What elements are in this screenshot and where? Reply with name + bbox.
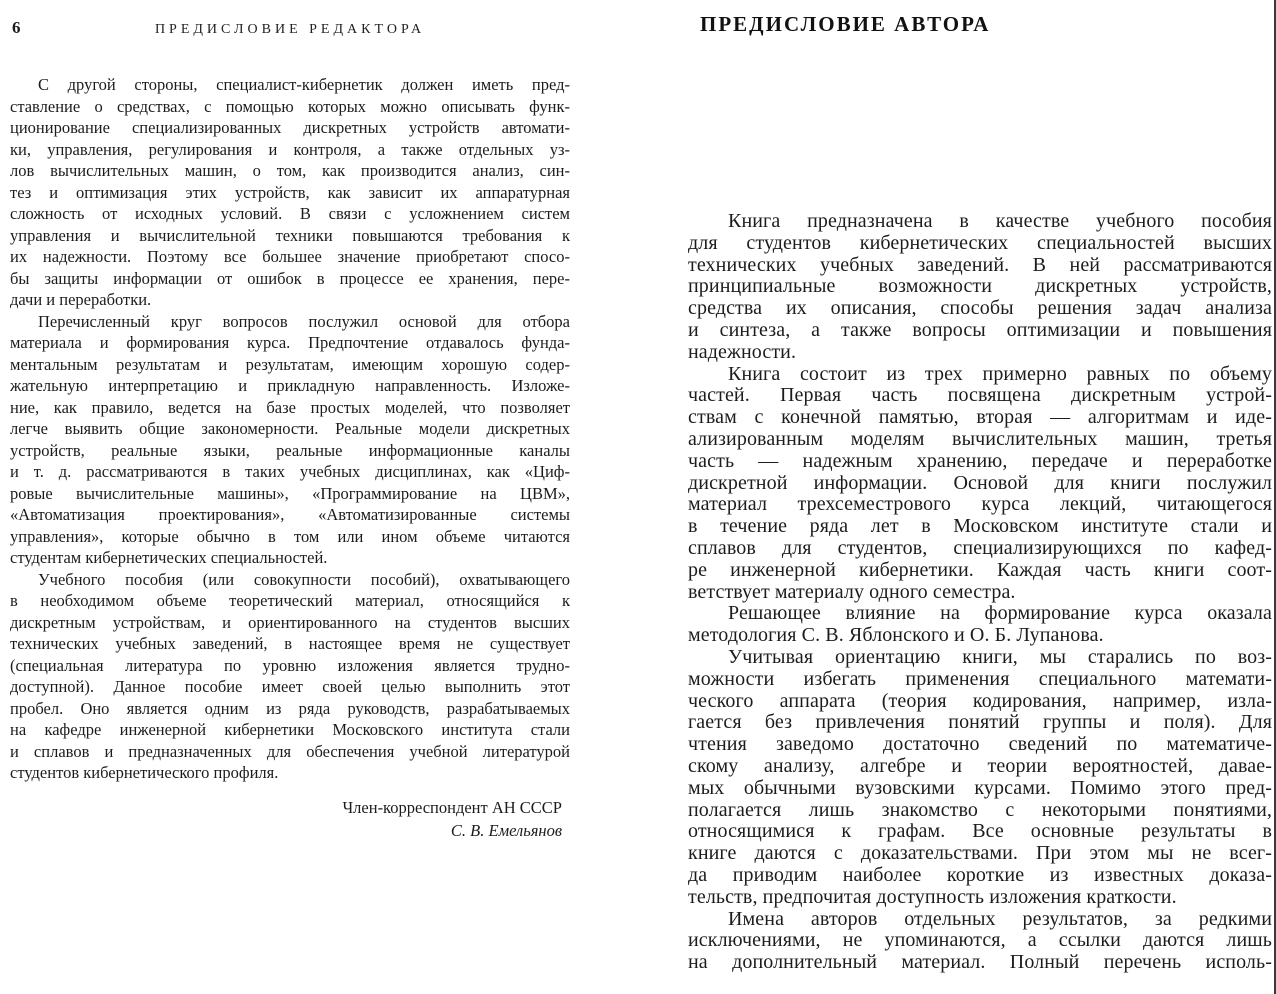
paragraph: Учитывая ориентацию книги, мы старались …	[688, 647, 1272, 909]
author-preface-body: Книга предназначена в качестве учебного …	[688, 211, 1272, 974]
text-line: частей. Первая часть посвящена дискретны…	[688, 385, 1272, 407]
text-line: тельств, предпочитая доступность изложен…	[688, 887, 1272, 909]
text-line: лов вычислительных машин, о том, как про…	[10, 160, 570, 182]
text-line: и синтеза, а также вопросы оптимизации и…	[688, 320, 1272, 342]
text-line: и т. д. рассматриваются в таких учебных …	[10, 461, 570, 483]
text-line: доступной). Данное пособие имеет своей ц…	[10, 676, 570, 698]
text-line: надежности.	[688, 342, 1272, 364]
text-line: на кафедре инженерной кибернетики Москов…	[10, 719, 570, 741]
text-line: Решающее влияние на формирование курса о…	[688, 603, 1272, 625]
text-line: ализированным моделям вычислительных маш…	[688, 429, 1272, 451]
text-line: относящимися к графам. Все основные резу…	[688, 821, 1272, 843]
text-line: легче выявить общие закономерности. Реал…	[10, 418, 570, 440]
paragraph: Перечисленный круг вопросов послужил осн…	[10, 311, 570, 569]
text-line: ние, как правило, ведется на базе просты…	[10, 397, 570, 419]
signature-block: Член-корреспондент АН СССР С. В. Емельян…	[10, 796, 570, 842]
text-line: в течение ряда лет в Московском институт…	[688, 516, 1272, 538]
text-line: мых обычными вузовскими курсами. Помимо …	[688, 778, 1272, 800]
text-line: Имена авторов отдельных результатов, за …	[688, 909, 1272, 931]
text-line: часть — надежным хранению, передаче и пе…	[688, 451, 1272, 473]
text-line: дискретным устройствам, и ориентированно…	[10, 612, 570, 634]
signature-name: С. В. Емельянов	[10, 819, 562, 842]
running-header: ПРЕДИСЛОВИЕ РЕДАКТОРА	[10, 22, 570, 38]
text-line: материала и формирования курса. Предпочт…	[10, 332, 570, 354]
text-line: ческого аппарата (теория кодирования, на…	[688, 691, 1272, 713]
text-line: устройств, реальные языки, реальные инфо…	[10, 440, 570, 462]
text-line: скому анализу, алгебре и теории вероятно…	[688, 756, 1272, 778]
paragraph: С другой стороны, специалист-кибернетик …	[10, 74, 570, 311]
text-line: методология С. В. Яблонского и О. Б. Луп…	[688, 625, 1272, 647]
paragraph: Имена авторов отдельных результатов, за …	[688, 909, 1272, 974]
text-line: ки, управления, регулирования и контроля…	[10, 139, 570, 161]
text-line: сплавов для студентов, специализирующихс…	[688, 538, 1272, 560]
page-title: ПРЕДИСЛОВИЕ АВТОРА	[700, 12, 990, 37]
text-line: принципиальные возможности дискретных ус…	[688, 276, 1272, 298]
text-line: управления и вычислительной техники повы…	[10, 225, 570, 247]
text-line: студентов кибернетического профиля.	[10, 762, 570, 784]
paragraph: Книга предназначена в качестве учебного …	[688, 211, 1272, 364]
text-line: Книга предназначена в качестве учебного …	[688, 211, 1272, 233]
text-line: Книга состоит из трех примерно равных по…	[688, 364, 1272, 386]
text-line: для студентов кибернетических специально…	[688, 233, 1272, 255]
text-line: Перечисленный круг вопросов послужил осн…	[10, 311, 570, 333]
text-line: тез и оптимизация этих устройств, как за…	[10, 182, 570, 204]
text-line: на дополнительный материал. Полный переч…	[688, 952, 1272, 974]
text-line: С другой стороны, специалист-кибернетик …	[10, 74, 570, 96]
paragraph: Книга состоит из трех примерно равных по…	[688, 364, 1272, 604]
text-line: управления», которые обычно в том или ин…	[10, 526, 570, 548]
text-line: чтения заведомо достаточно сведений по м…	[688, 734, 1272, 756]
text-line: ровые вычислительные машины», «Программи…	[10, 483, 570, 505]
text-line: сложность от исходных условий. В связи с…	[10, 203, 570, 225]
text-line: средства их описания, способы решения за…	[688, 298, 1272, 320]
text-line: студентам кибернетических специальностей…	[10, 547, 570, 569]
text-line: в необходимом объеме теоретический матер…	[10, 590, 570, 612]
text-line: дачи и переработки.	[10, 289, 570, 311]
text-line: дискретной информации. Основой для книги…	[688, 473, 1272, 495]
text-line: ре инженерной кибернетики. Каждая часть …	[688, 560, 1272, 582]
text-line: можности избегать применения специальног…	[688, 669, 1272, 691]
text-line: ционирование специализированных дискретн…	[10, 117, 570, 139]
text-line: «Автоматизация проектирования», «Автомат…	[10, 504, 570, 526]
text-line: их надежности. Поэтому все большее значе…	[10, 246, 570, 268]
text-line: ветствует материалу одного семестра.	[688, 582, 1272, 604]
signature-title: Член-корреспондент АН СССР	[10, 796, 562, 819]
text-line: ствам с конечной памятью, вторая — алгор…	[688, 407, 1272, 429]
text-line: ментальным результатам и результатам, им…	[10, 354, 570, 376]
paragraph: Решающее влияние на формирование курса о…	[688, 603, 1272, 647]
text-line: да приводим наиболее короткие из известн…	[688, 865, 1272, 887]
text-line: и сплавов и предназначенных для обеспече…	[10, 741, 570, 763]
text-line: технических учебных заведений. В ней рас…	[688, 255, 1272, 277]
text-line: пробел. Оно является одним из ряда руков…	[10, 698, 570, 720]
text-line: книге даются с доказательствами. При это…	[688, 843, 1272, 865]
paragraph: Учебного пособия (или совокупности пособ…	[10, 569, 570, 784]
text-line: бы защиты информации от ошибок в процесс…	[10, 268, 570, 290]
editor-preface-body: С другой стороны, специалист-кибернетик …	[10, 74, 570, 784]
text-line: гается без привлечения понятий группы и …	[688, 712, 1272, 734]
text-line: исключениями, не упоминаются, а ссылки д…	[688, 930, 1272, 952]
text-line: ставление о средствах, с помощью которых…	[10, 96, 570, 118]
text-line: жательную интерпретацию и прикладную нап…	[10, 375, 570, 397]
text-line: Учитывая ориентацию книги, мы старались …	[688, 647, 1272, 669]
text-line: (специальная литература по уровню изложе…	[10, 655, 570, 677]
text-line: технических учебных заведений, в настоящ…	[10, 633, 570, 655]
text-line: материал трехсеместрового курса лекций, …	[688, 494, 1272, 516]
text-line: Учебного пособия (или совокупности пособ…	[10, 569, 570, 591]
text-line: полагается лишь знакомство с некоторыми …	[688, 800, 1272, 822]
